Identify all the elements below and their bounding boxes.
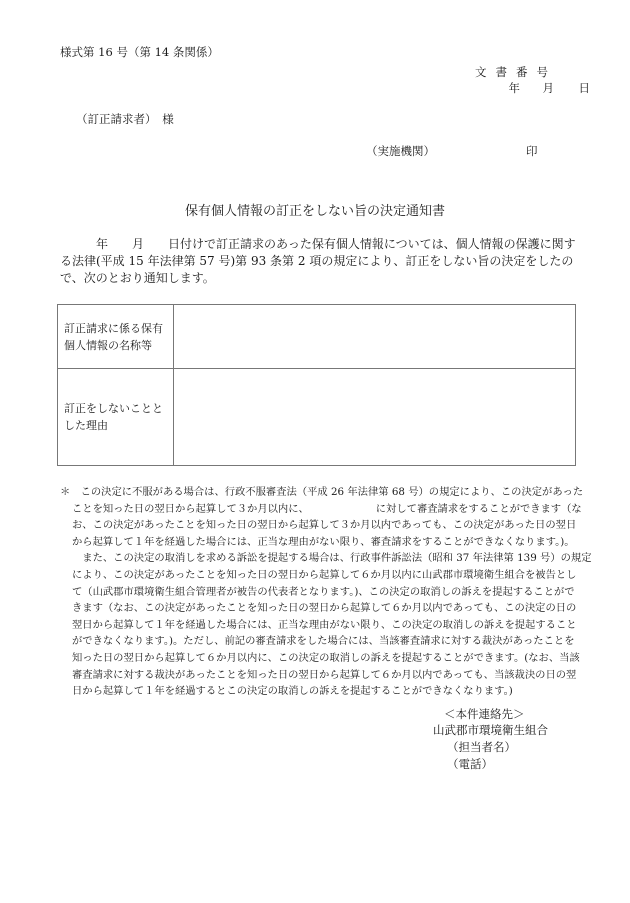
document-title: 保有個人情報の訂正をしない旨の決定通知書 — [0, 200, 630, 219]
note-line: 翌日から起算して１年を経過した場合には、正当な理由がない限り、この決定の取消しの… — [60, 617, 580, 634]
seal-mark: 印 — [526, 143, 538, 159]
contact-phone: （電話） — [447, 757, 493, 772]
notice-body: 年月日付けで訂正請求のあった保有個人情報については、個人情報の保護に関する法律(… — [60, 236, 580, 287]
date-year: 年 — [486, 80, 520, 96]
implementing-agency: （実施機関） — [366, 143, 435, 159]
row-value-reason[interactable] — [174, 369, 576, 466]
info-table: 訂正請求に係る保有個人情報の名称等 訂正をしないこととした理由 — [57, 304, 576, 466]
table-row: 訂正請求に係る保有個人情報の名称等 — [58, 305, 576, 369]
requester-addressee: （訂正請求者） 様 — [76, 111, 174, 127]
table-row: 訂正をしないこととした理由 — [58, 369, 576, 466]
body-date-year: 年 — [96, 237, 108, 251]
note-line: 日から起算して１年を経過するとこの決定の取消しの訴えを提起することができなくなり… — [60, 683, 580, 700]
note-line: から起算して１年を経過した場合には、正当な理由がない限り、審査請求をすることがで… — [60, 534, 580, 551]
row-label-info-name: 訂正請求に係る保有個人情報の名称等 — [58, 305, 174, 369]
issue-date: 年月日 — [486, 80, 590, 96]
document-number-label: 文書番号 — [475, 64, 557, 80]
body-date-month: 月 — [132, 237, 144, 251]
contact-person: （担当者名） — [447, 740, 516, 755]
note-line: ＊ この決定に不服がある場合は、行政不服審査法（平成 26 年法律第 68 号）… — [60, 484, 580, 501]
contact-heading: ＜本件連絡先＞ — [444, 707, 525, 722]
note-line: ができなくなります。)。ただし、前記の審査請求をした場合には、当該審査請求に対す… — [60, 633, 580, 650]
form-id: 様式第 16 号（第 14 条関係） — [60, 44, 219, 60]
note-line: お、この決定があったことを知った日の翌日から起算して３か月以内であっても、この決… — [60, 517, 580, 534]
date-month: 月 — [520, 80, 554, 96]
note-line: て（山武郡市環境衛生組合管理者が被告の代表者となります。)、この決定の取消しの訴… — [60, 584, 580, 601]
appeal-notes: ＊ この決定に不服がある場合は、行政不服審査法（平成 26 年法律第 68 号）… — [60, 484, 580, 700]
note-line: ことを知った日の翌日から起算して３か月以内に、 に対して審査請求をすることができ… — [60, 501, 580, 518]
date-day: 日 — [554, 80, 590, 96]
note-line: 審査請求に対する裁決があったことを知った日の翌日から起算して６か月以内であっても… — [60, 667, 580, 684]
note-line: により、この決定があったことを知った日の翌日から起算して６か月以内に山武郡市環境… — [60, 567, 580, 584]
contact-organization: 山武郡市環境衛生組合 — [433, 723, 548, 738]
note-line: 知った日の翌日から起算して６か月以内に、この決定の取消しの訴えを提起することがで… — [60, 650, 580, 667]
note-line: また、この決定の取消しを求める訴訟を提起する場合は、行政事件訴訟法（昭和 37 … — [60, 550, 580, 567]
row-value-info-name[interactable] — [174, 305, 576, 369]
row-label-reason: 訂正をしないこととした理由 — [58, 369, 174, 466]
note-line: きます（なお、この決定があったことを知った日の翌日から起算して６か月以内であって… — [60, 600, 580, 617]
